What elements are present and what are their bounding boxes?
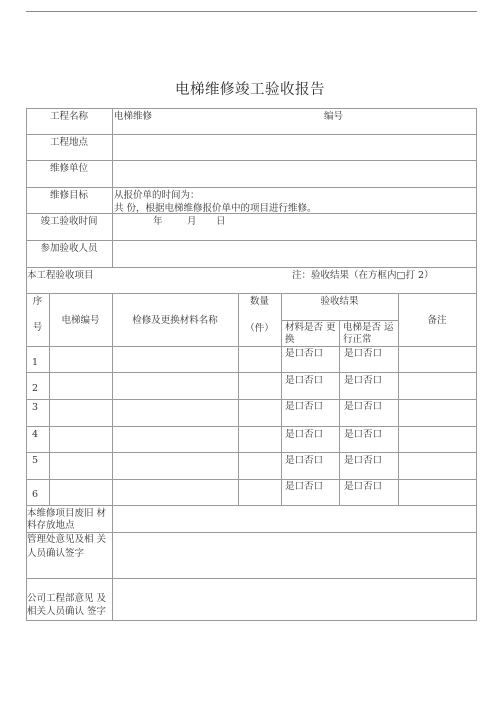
storage-field[interactable] — [113, 506, 476, 532]
target-label: 维修目标 — [26, 189, 112, 202]
seq-header-bottom: 号 — [26, 321, 49, 334]
running-normal-checkbox[interactable]: 是口否口 — [344, 347, 398, 360]
target-line-1: 从报价单的时间为： — [114, 189, 474, 202]
mgmt-label-l2: 人员确认签字 — [27, 547, 113, 560]
material-replaced-checkbox[interactable]: 是口否口 — [285, 374, 339, 387]
running-normal-checkbox[interactable]: 是口否口 — [344, 454, 398, 467]
result-material-header-l2: 换 — [285, 333, 340, 346]
mgmt-signature-field[interactable] — [113, 533, 476, 578]
row-seq: 2 — [32, 382, 47, 395]
unit-field[interactable] — [113, 161, 476, 187]
target-line-2: 共 份，根据电梯维修报价单中的项目进行维修。 — [114, 202, 474, 215]
participants-field[interactable] — [113, 241, 476, 267]
material-replaced-checkbox[interactable]: 是口否口 — [285, 400, 339, 413]
running-normal-checkbox[interactable]: 是口否口 — [344, 428, 398, 441]
company-signature-field[interactable] — [113, 579, 476, 620]
participants-label: 参加验收人员 — [26, 242, 112, 255]
number-label: 编号 — [324, 110, 384, 123]
row-seq: 1 — [32, 356, 47, 369]
company-label-l1: 公司工程部意见 及 — [27, 592, 113, 605]
material-replaced-checkbox[interactable]: 是口否口 — [285, 454, 339, 467]
row-seq: 5 — [32, 454, 47, 467]
seq-header-top: 序 — [26, 295, 49, 308]
result-header: 验收结果 — [281, 295, 398, 308]
location-field[interactable] — [113, 135, 476, 160]
material-replaced-checkbox[interactable]: 是口否口 — [285, 480, 339, 493]
qty-header-top: 数量 — [238, 295, 281, 308]
result-running-header-l2: 行正常 — [343, 333, 398, 346]
items-section-label: 本工程验收项目 — [27, 269, 167, 282]
running-normal-checkbox[interactable]: 是口否口 — [344, 374, 398, 387]
date-label: 竣工验收时间 — [26, 215, 112, 228]
row-seq: 3 — [32, 401, 47, 414]
material-header: 检修及更换材料名称 — [112, 314, 238, 327]
row-seq: 4 — [32, 428, 47, 441]
page-title: 电梯维修竣工验收报告 — [0, 78, 500, 99]
storage-label-l2: 料存放地点 — [27, 519, 113, 532]
date-year: 年 — [153, 215, 173, 228]
company-label-l2: 相关人员确认 签字 — [27, 605, 113, 618]
project-name-value: 电梯维修 — [114, 110, 264, 123]
material-replaced-checkbox[interactable]: 是口否口 — [285, 347, 339, 360]
remarks-header: 备注 — [398, 314, 476, 327]
items-section-note: 注：验收结果（在方框内□打 2） — [292, 269, 476, 282]
project-name-label: 工程名称 — [26, 110, 112, 123]
running-normal-checkbox[interactable]: 是口否口 — [344, 480, 398, 493]
material-replaced-checkbox[interactable]: 是口否口 — [285, 428, 339, 441]
number-field[interactable] — [380, 109, 474, 133]
date-month: 月 — [187, 215, 207, 228]
unit-label: 维修单位 — [26, 162, 112, 175]
header-rule — [26, 11, 477, 12]
row-seq: 6 — [32, 488, 47, 501]
running-normal-checkbox[interactable]: 是口否口 — [344, 400, 398, 413]
elevator-no-header: 电梯编号 — [49, 314, 112, 327]
date-day: 日 — [216, 215, 236, 228]
qty-header-bottom: （件） — [238, 322, 281, 335]
mgmt-label-l1: 管理处意见及相 关 — [27, 533, 113, 546]
location-label: 工程地点 — [26, 136, 112, 149]
